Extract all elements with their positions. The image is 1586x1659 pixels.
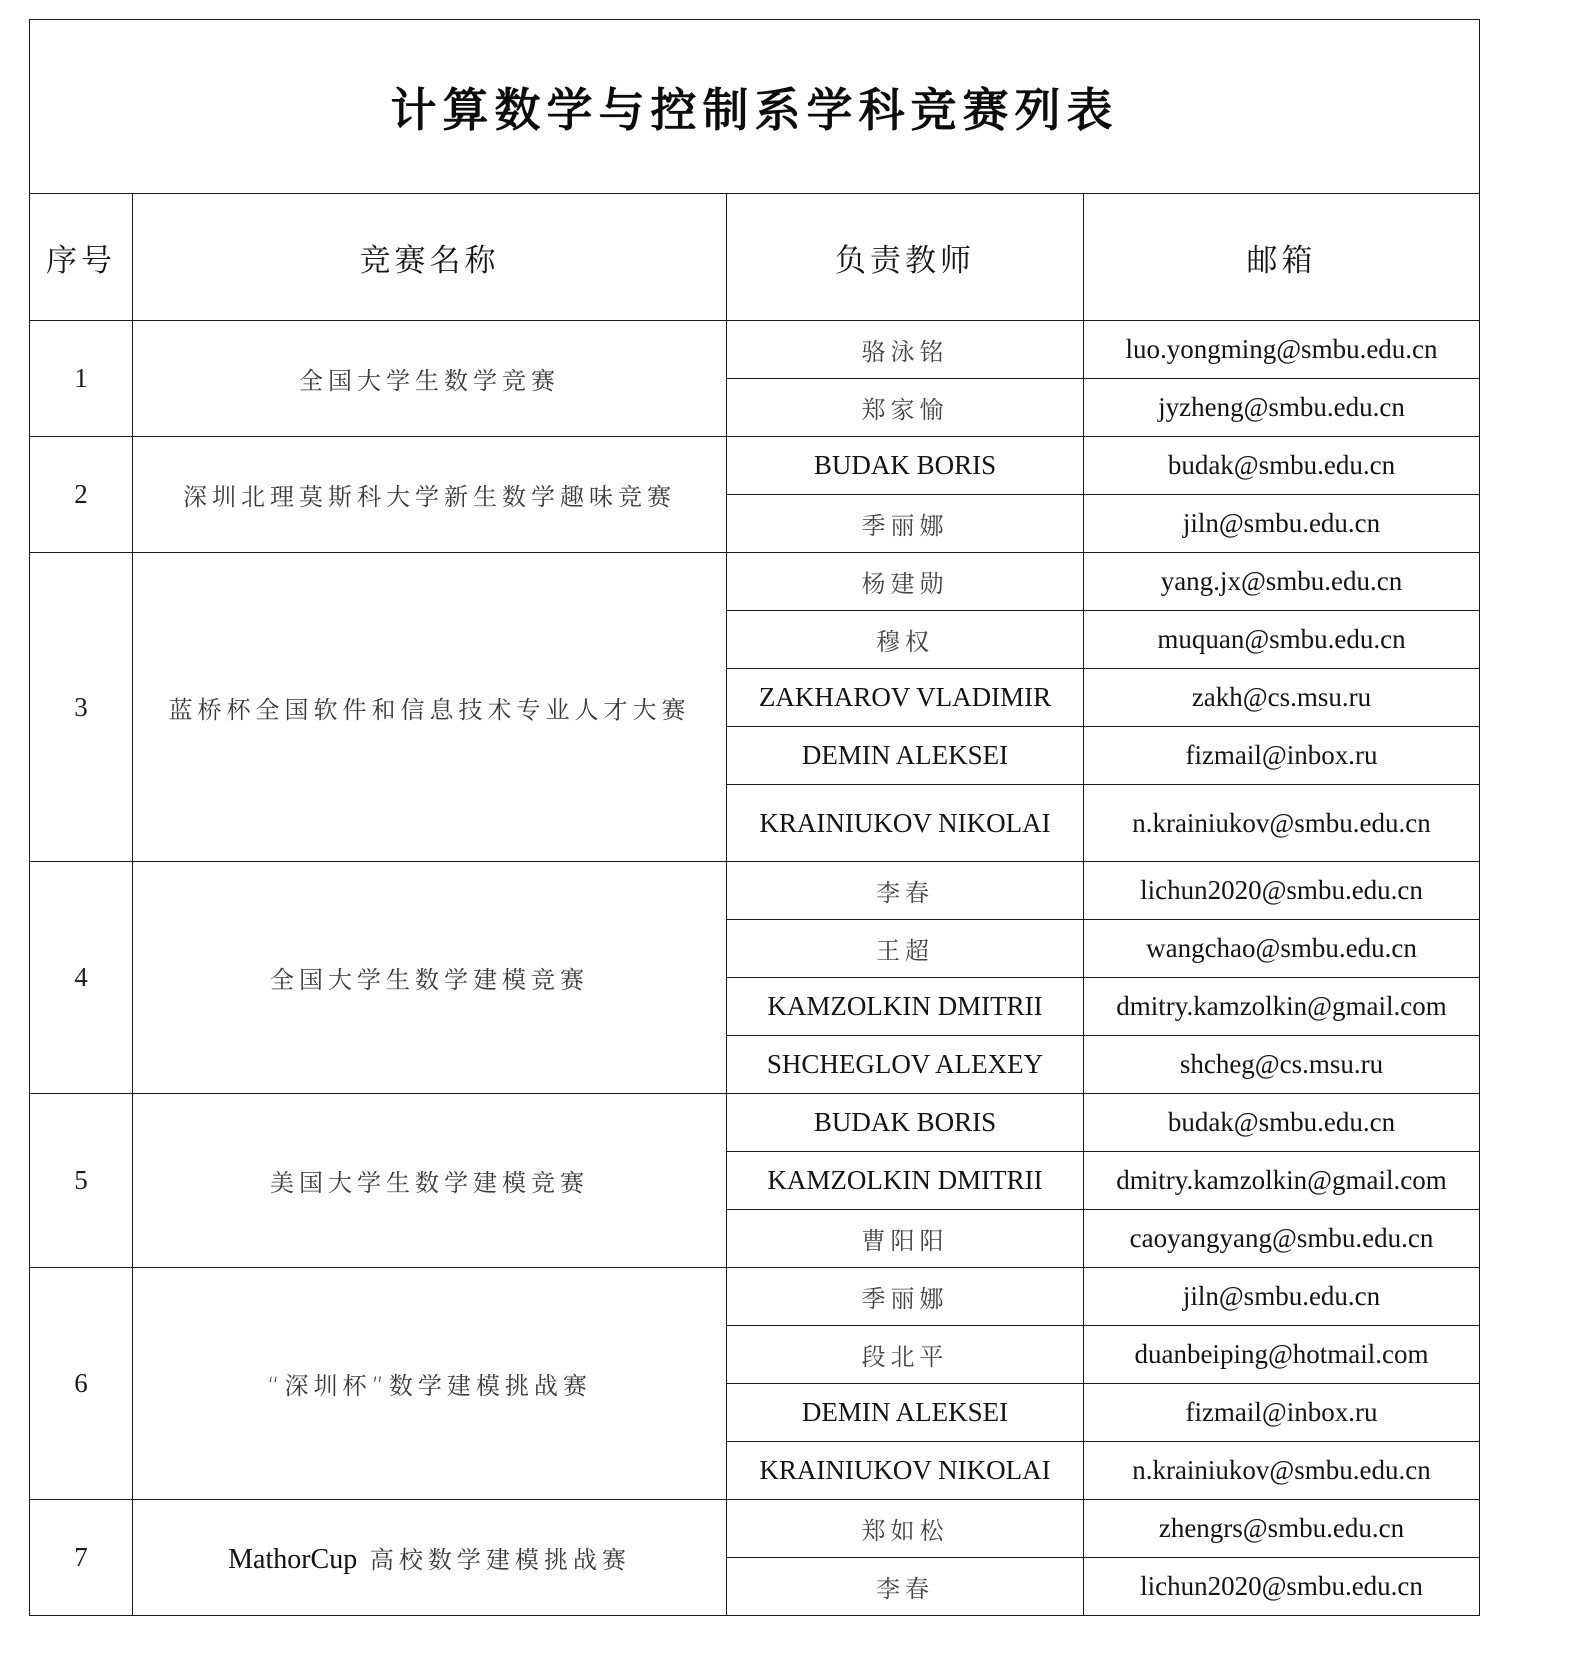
table-row: 7 MathorCup 高校数学建模挑战赛 郑如松 zhengrs@smbu.e…	[30, 1500, 1480, 1558]
teacher-email[interactable]: n.krainiukov@smbu.edu.cn	[1084, 1442, 1480, 1500]
title-row: 计算数学与控制系学科竞赛列表	[30, 20, 1480, 194]
teacher-name: 季丽娜	[727, 495, 1084, 553]
teacher-name: SHCHEGLOV ALEXEY	[727, 1036, 1084, 1094]
competition-table: 计算数学与控制系学科竞赛列表 序号 竞赛名称 负责教师 邮箱 1 全国大学生数学…	[29, 19, 1480, 1616]
table-row: 6 “深圳杯”数学建模挑战赛 季丽娜 jiln@smbu.edu.cn	[30, 1268, 1480, 1326]
teacher-name: 曹阳阳	[727, 1210, 1084, 1268]
competition-index: 4	[30, 862, 133, 1094]
competition-name: MathorCup 高校数学建模挑战赛	[133, 1500, 727, 1616]
page-title: 计算数学与控制系学科竞赛列表	[30, 20, 1480, 194]
teacher-name: 郑如松	[727, 1500, 1084, 1558]
teacher-email[interactable]: budak@smbu.edu.cn	[1084, 437, 1480, 495]
column-header-email: 邮箱	[1084, 194, 1480, 321]
teacher-email[interactable]: yang.jx@smbu.edu.cn	[1084, 553, 1480, 611]
competition-name: 全国大学生数学建模竞赛	[133, 862, 727, 1094]
teacher-name: 段北平	[727, 1326, 1084, 1384]
table-row: 4 全国大学生数学建模竞赛 李春 lichun2020@smbu.edu.cn	[30, 862, 1480, 920]
competition-document: 计算数学与控制系学科竞赛列表 序号 竞赛名称 负责教师 邮箱 1 全国大学生数学…	[29, 19, 1479, 1616]
competition-index: 3	[30, 553, 133, 862]
teacher-name: 李春	[727, 1558, 1084, 1616]
competition-index: 5	[30, 1094, 133, 1268]
teacher-email[interactable]: zhengrs@smbu.edu.cn	[1084, 1500, 1480, 1558]
competition-name: 全国大学生数学竞赛	[133, 321, 727, 437]
table-row: 1 全国大学生数学竞赛 骆泳铭 luo.yongming@smbu.edu.cn	[30, 321, 1480, 379]
competition-name: 蓝桥杯全国软件和信息技术专业人才大赛	[133, 553, 727, 862]
teacher-email[interactable]: muquan@smbu.edu.cn	[1084, 611, 1480, 669]
column-header-teacher: 负责教师	[727, 194, 1084, 321]
competition-name-cjk: 高校数学建模挑战赛	[370, 1546, 631, 1574]
table-row: 3 蓝桥杯全国软件和信息技术专业人才大赛 杨建勋 yang.jx@smbu.ed…	[30, 553, 1480, 611]
table-row: 5 美国大学生数学建模竞赛 BUDAK BORIS budak@smbu.edu…	[30, 1094, 1480, 1152]
teacher-email[interactable]: dmitry.kamzolkin@gmail.com	[1084, 1152, 1480, 1210]
teacher-email[interactable]: lichun2020@smbu.edu.cn	[1084, 1558, 1480, 1616]
column-header-index: 序号	[30, 194, 133, 321]
teacher-email[interactable]: fizmail@inbox.ru	[1084, 727, 1480, 785]
teacher-email[interactable]: luo.yongming@smbu.edu.cn	[1084, 321, 1480, 379]
teacher-name: 季丽娜	[727, 1268, 1084, 1326]
header-row: 序号 竞赛名称 负责教师 邮箱	[30, 194, 1480, 321]
teacher-name: 穆权	[727, 611, 1084, 669]
teacher-email[interactable]: fizmail@inbox.ru	[1084, 1384, 1480, 1442]
table-row: 2 深圳北理莫斯科大学新生数学趣味竞赛 BUDAK BORIS budak@sm…	[30, 437, 1480, 495]
teacher-email[interactable]: dmitry.kamzolkin@gmail.com	[1084, 978, 1480, 1036]
teacher-email[interactable]: zakh@cs.msu.ru	[1084, 669, 1480, 727]
teacher-name: 王超	[727, 920, 1084, 978]
teacher-email[interactable]: caoyangyang@smbu.edu.cn	[1084, 1210, 1480, 1268]
teacher-name: 杨建勋	[727, 553, 1084, 611]
teacher-email[interactable]: budak@smbu.edu.cn	[1084, 1094, 1480, 1152]
teacher-email[interactable]: duanbeiping@hotmail.com	[1084, 1326, 1480, 1384]
competition-index: 1	[30, 321, 133, 437]
teacher-name: BUDAK BORIS	[727, 1094, 1084, 1152]
teacher-name: KRAINIUKOV NIKOLAI	[727, 785, 1084, 862]
column-header-competition: 竞赛名称	[133, 194, 727, 321]
competition-name: “深圳杯”数学建模挑战赛	[133, 1268, 727, 1500]
teacher-name: ZAKHAROV VLADIMIR	[727, 669, 1084, 727]
competition-index: 2	[30, 437, 133, 553]
teacher-email[interactable]: n.krainiukov@smbu.edu.cn	[1084, 785, 1480, 862]
competition-index: 7	[30, 1500, 133, 1616]
teacher-name: BUDAK BORIS	[727, 437, 1084, 495]
teacher-email[interactable]: wangchao@smbu.edu.cn	[1084, 920, 1480, 978]
teacher-email[interactable]: jiln@smbu.edu.cn	[1084, 1268, 1480, 1326]
teacher-name: DEMIN ALEKSEI	[727, 1384, 1084, 1442]
competition-name-latin: MathorCup	[228, 1544, 357, 1575]
teacher-name: KAMZOLKIN DMITRII	[727, 1152, 1084, 1210]
teacher-email[interactable]: jiln@smbu.edu.cn	[1084, 495, 1480, 553]
teacher-name: KRAINIUKOV NIKOLAI	[727, 1442, 1084, 1500]
teacher-email[interactable]: lichun2020@smbu.edu.cn	[1084, 862, 1480, 920]
teacher-name: DEMIN ALEKSEI	[727, 727, 1084, 785]
competition-index: 6	[30, 1268, 133, 1500]
competition-name: 深圳北理莫斯科大学新生数学趣味竞赛	[133, 437, 727, 553]
teacher-name: 李春	[727, 862, 1084, 920]
competition-name: 美国大学生数学建模竞赛	[133, 1094, 727, 1268]
teacher-name: KAMZOLKIN DMITRII	[727, 978, 1084, 1036]
teacher-email[interactable]: jyzheng@smbu.edu.cn	[1084, 379, 1480, 437]
teacher-name: 骆泳铭	[727, 321, 1084, 379]
teacher-email[interactable]: shcheg@cs.msu.ru	[1084, 1036, 1480, 1094]
teacher-name: 郑家愉	[727, 379, 1084, 437]
